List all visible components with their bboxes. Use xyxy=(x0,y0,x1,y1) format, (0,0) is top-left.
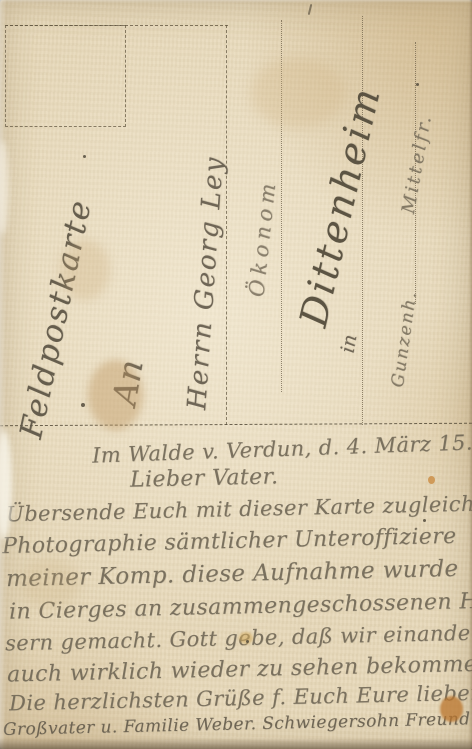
address-district: Gunzenh. xyxy=(386,276,425,403)
feldpostkarte-title: Feldpostkarte xyxy=(11,188,102,450)
postcard-back: Feldpostkarte An Herrn Georg Ley Ökonom … xyxy=(0,0,472,749)
message-salutation: Lieber Vater. xyxy=(130,464,279,492)
address-occupation: Ökonom xyxy=(241,150,285,327)
stain xyxy=(20,558,80,608)
stamp-box xyxy=(5,25,126,127)
message-line: Übersende Euch mit dieser Karte zugleich xyxy=(6,492,472,527)
foxing-speck xyxy=(246,640,249,643)
foxing-speck xyxy=(416,83,419,86)
stain-orange xyxy=(440,696,463,722)
scan-edge-top xyxy=(0,0,472,3)
pencil-tick xyxy=(308,4,313,15)
stain xyxy=(88,360,143,430)
foxing-speck xyxy=(423,519,426,522)
stain-orange xyxy=(428,476,435,484)
message-dateline: Im Walde v. Verdun, d. 4. März 15. xyxy=(92,430,472,467)
message-line: Photographie sämtlicher Unteroffiziere xyxy=(2,524,457,559)
message-divider-line xyxy=(0,423,472,426)
worn-patch xyxy=(0,140,9,235)
stain xyxy=(250,58,345,128)
message-line: in Cierges an zusammengeschossenen Häu xyxy=(9,588,472,624)
stain xyxy=(60,240,110,300)
foxing-speck xyxy=(83,155,86,158)
postcard-scan: Feldpostkarte An Herrn Georg Ley Ökonom … xyxy=(0,0,472,749)
address-recipient: Herrn Georg Ley xyxy=(181,132,236,434)
address-region: Mittelfr. xyxy=(394,91,443,238)
foxing-speck xyxy=(81,403,85,407)
scan-edge-bottom xyxy=(0,738,472,749)
